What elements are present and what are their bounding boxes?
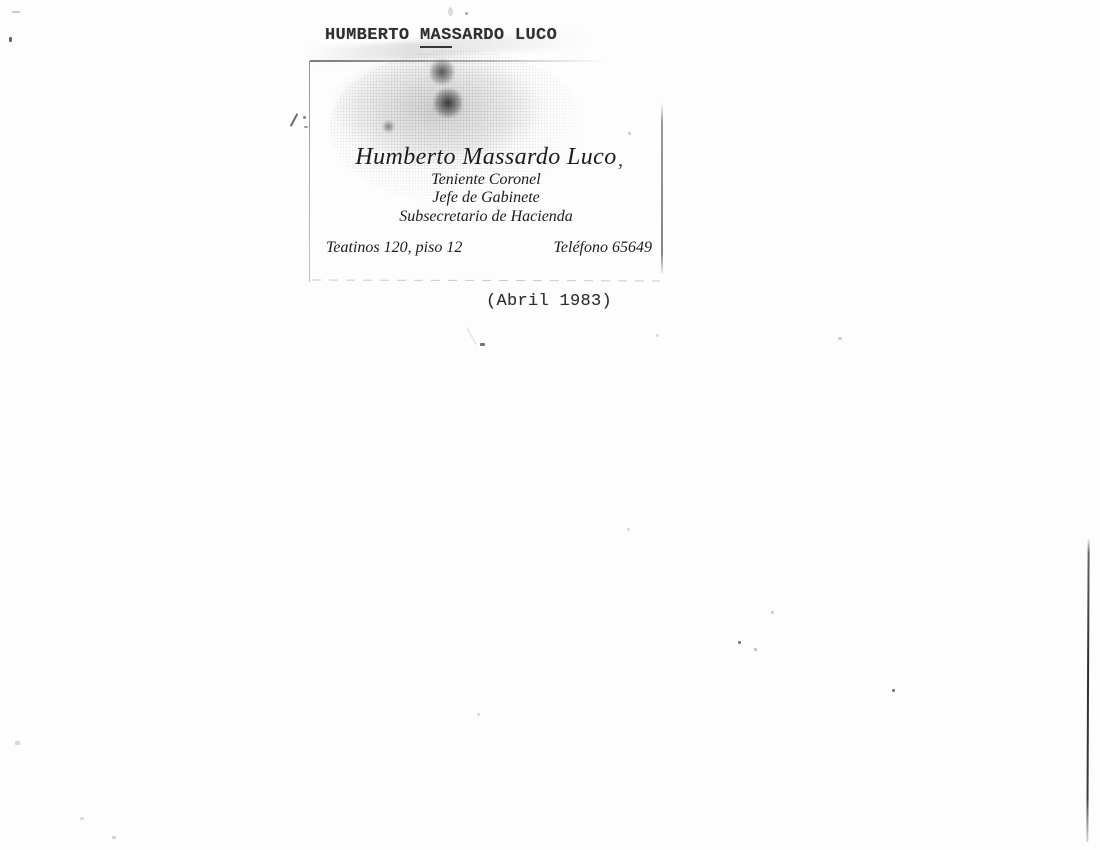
scan-speck (112, 836, 116, 839)
scan-speck (628, 132, 631, 135)
scan-speck (304, 126, 308, 128)
card-contact-row: Teatinos 120, piso 12 Teléfono 65649 (326, 239, 652, 257)
pen-slash-mark (290, 113, 298, 126)
scan-speck (15, 741, 20, 745)
card-office: Subsecretario de Hacienda (310, 208, 662, 226)
scan-speck (12, 11, 20, 13)
card-name: Humberto Massardo Luco (310, 144, 662, 171)
scan-speck (466, 327, 476, 345)
scan-speck (892, 689, 895, 692)
scan-speck (838, 337, 842, 340)
scan-artifact-vertical-line (1086, 538, 1089, 842)
scan-speck (80, 817, 84, 820)
card-position: Jefe de Gabinete (310, 189, 662, 207)
scan-speck (771, 611, 774, 614)
scan-speck (738, 641, 741, 644)
scanned-document-page: HUMBERTO MASSARDO LUCO Humberto Massardo… (0, 0, 1100, 850)
card-rank: Teniente Coronel (310, 171, 662, 189)
scan-speck (754, 648, 757, 651)
scan-speck (477, 713, 480, 716)
scan-speck (656, 334, 659, 337)
scan-speck (465, 12, 468, 15)
scan-speck (627, 528, 630, 531)
card-phone: Teléfono 65649 (553, 239, 652, 257)
card-border-bottom (312, 280, 660, 282)
scan-speck (448, 7, 453, 16)
scan-speck (303, 116, 306, 119)
card-border-top (310, 60, 607, 62)
card-address: Teatinos 120, piso 12 (326, 239, 462, 257)
date-annotation: (Abril 1983) (486, 292, 612, 311)
business-card: Humberto Massardo Luco , Teniente Corone… (310, 61, 662, 281)
scan-speck (9, 37, 12, 42)
stray-comma-mark: , (618, 149, 623, 172)
scan-speck (480, 343, 485, 346)
